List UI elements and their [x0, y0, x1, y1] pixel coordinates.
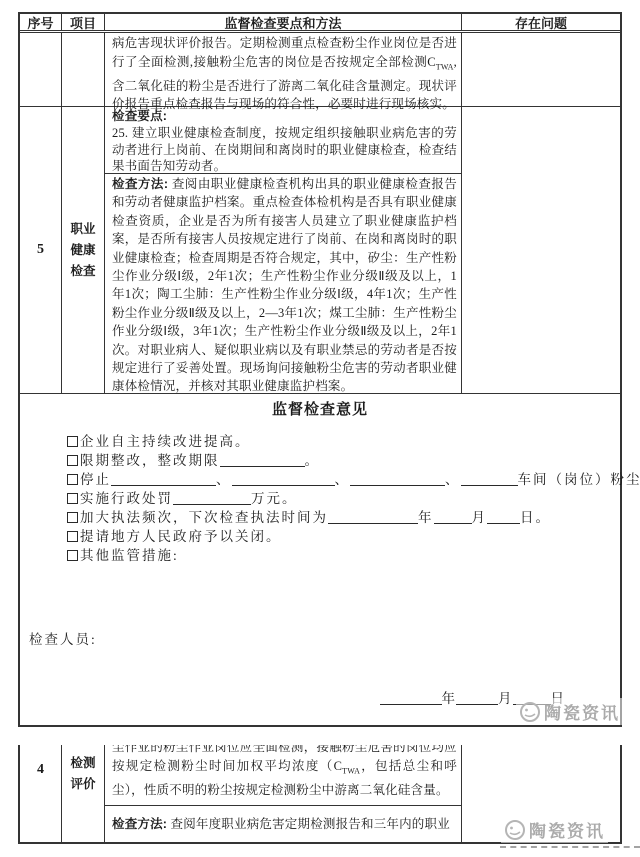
- fill-in-blank: [328, 510, 418, 524]
- checkbox-icon: [67, 436, 78, 447]
- checkbox-icon: [67, 550, 78, 561]
- option-administrative-penalty: 实施行政处罚万元。: [67, 489, 620, 508]
- day-label: 日。: [520, 510, 551, 525]
- serial-cell-empty: [20, 33, 62, 106]
- table-row-continuation: 病危害现状评价报告。定期检测重点检查粉尘作业岗位是否进行了全面检测,接触粉尘危害…: [20, 33, 620, 107]
- serial-number: 5: [20, 107, 62, 393]
- check-method-text: 查阅由职业健康检查机构出具的职业健康检查报告和劳动者健康监护档案。重点检查体检机…: [112, 177, 457, 393]
- option-label: 企业自主持续改进提高。: [80, 434, 251, 449]
- ctwa-subscript: TWA: [436, 62, 454, 71]
- header-col-problems: 存在问题: [462, 14, 620, 30]
- problems-cell-empty: [462, 107, 620, 393]
- watermark-logo-icon: [504, 819, 526, 841]
- check-method-label: 检查方法:: [112, 817, 167, 831]
- fill-in-blank: [173, 491, 251, 505]
- option-self-improvement: 企业自主持续改进提高。: [67, 432, 620, 451]
- fill-in-blank: [461, 472, 518, 486]
- option-label: 其他监管措施:: [80, 548, 179, 563]
- continuation-text-part1: 病危害现状评价报告。定期检测重点检查粉尘作业岗位是否进行了全面检测,接触粉尘危害…: [112, 36, 457, 69]
- fill-in-blank: [434, 510, 472, 524]
- item-line-3: 检查: [70, 261, 95, 282]
- option-label: 停止: [80, 472, 111, 487]
- clipped-points-block: 尘作业的粉尘作业岗位应全面检测，接触粉尘危害的岗位均应按规定检测粉尘时间加权平均…: [105, 745, 461, 806]
- option-request-closure: 提请地方人民政府予以关闭。: [67, 527, 620, 546]
- option-other-measures: 其他监管措施:: [67, 546, 620, 565]
- watermark-text: 陶瓷资讯: [529, 817, 605, 842]
- ctwa-symbol: C: [427, 55, 436, 69]
- watermark-taoci-zixun: 陶瓷资讯: [501, 816, 608, 843]
- header-col-item: 项目: [62, 14, 105, 30]
- opinion-checkbox-list: 企业自主持续改进提高。 限期整改，整改期限。 停止、、、车间（岗位）粉尘作业。 …: [67, 432, 620, 565]
- checkbox-icon: [67, 455, 78, 466]
- points-and-method-cell: 尘作业的粉尘作业岗位应全面检测，接触粉尘危害的岗位均应按规定检测粉尘时间加权平均…: [105, 745, 462, 842]
- separator: 、: [445, 472, 461, 487]
- table-header-row: 序号 项目 监督检查要点和方法 存在问题: [20, 14, 620, 33]
- fill-in-blank: [220, 453, 305, 467]
- month-label: 月: [472, 510, 488, 525]
- points-and-method-cell: 检查要点: 25. 建立职业健康检查制度，按规定组织接触职业病危害的劳动者进行上…: [105, 107, 462, 393]
- serial-number: 4: [20, 745, 62, 842]
- header-col-serial: 序号: [20, 14, 62, 30]
- fill-in-blank: [380, 691, 442, 705]
- ctwa-subscript: TWA: [342, 767, 360, 776]
- points-continuation-text: 病危害现状评价报告。定期检测重点检查粉尘作业岗位是否进行了全面检测,接触粉尘危害…: [105, 33, 462, 106]
- item-line-1: 职业: [70, 219, 95, 240]
- checkbox-icon: [67, 531, 78, 542]
- item-line-1: 检测: [70, 753, 95, 774]
- separator: 、: [335, 472, 351, 487]
- check-method-text: 查阅年度职业病危害定期检测报告和三年内的职业: [171, 817, 450, 831]
- option-deadline-rectification: 限期整改，整改期限。: [67, 451, 620, 470]
- inspector-label: 检查人员:: [29, 628, 97, 648]
- check-method-label: 检查方法:: [112, 177, 168, 191]
- fill-in-blank: [350, 472, 445, 486]
- check-method-block: 检查方法: 查阅年度职业病危害定期检测报告和三年内的职业: [105, 806, 461, 842]
- item-name-occupational-health-check: 职业 健康 检查: [62, 107, 105, 393]
- year-label: 年: [442, 691, 457, 706]
- opinion-section: 监督检查意见 企业自主持续改进提高。 限期整改，整改期限。 停止、、、车间（岗位…: [20, 394, 620, 725]
- option-stop-dust-operation: 停止、、、车间（岗位）粉尘作业。: [67, 470, 620, 489]
- fill-in-blank: [487, 510, 520, 524]
- watermark-logo-icon: [519, 701, 541, 723]
- watermark-text: 陶瓷资讯: [544, 699, 620, 724]
- scanned-document-page: 序号 项目 监督检查要点和方法 存在问题 病危害现状评价报告。定期检测重点检查粉…: [0, 0, 640, 857]
- checkbox-icon: [67, 474, 78, 485]
- table-row-5: 5 职业 健康 检查 检查要点: 25. 建立职业健康检查制度，按规定组织接触职…: [20, 107, 620, 394]
- option-label: 限期整改，整改期限: [80, 453, 220, 468]
- check-points-block: 检查要点: 25. 建立职业健康检查制度，按规定组织接触职业病危害的劳动者进行上…: [105, 107, 461, 174]
- year-label: 年: [418, 510, 434, 525]
- check-method-block: 检查方法: 查阅由职业健康检查机构出具的职业健康检查报告和劳动者健康监护档案。重…: [105, 174, 461, 393]
- option-label-suffix: 。: [305, 453, 321, 468]
- check-points-text: 25. 建立职业健康检查制度，按规定组织接触职业病危害的劳动者进行上岗前、在岗期…: [112, 126, 457, 174]
- inspection-table: 序号 项目 监督检查要点和方法 存在问题 病危害现状评价报告。定期检测重点检查粉…: [18, 12, 622, 727]
- fill-in-blank: [111, 472, 216, 486]
- option-label: 加大执法频次，下次检查执法时间为: [80, 510, 328, 525]
- option-increase-enforcement: 加大执法频次，下次检查执法时间为年月日。: [67, 508, 620, 527]
- watermark-taoci-zixun: 陶瓷资讯: [516, 698, 623, 725]
- option-label: 实施行政处罚: [80, 491, 173, 506]
- month-label: 月: [498, 691, 513, 706]
- item-line-2: 评价: [70, 774, 95, 795]
- separator: 、: [216, 472, 232, 487]
- header-col-points: 监督检查要点和方法: [105, 14, 462, 30]
- item-line-2: 健康: [70, 240, 95, 261]
- fill-in-blank: [456, 691, 498, 705]
- problems-cell-empty: [462, 33, 620, 106]
- option-label-suffix: 万元。: [251, 491, 298, 506]
- checkbox-icon: [67, 493, 78, 504]
- checkbox-icon: [67, 512, 78, 523]
- opinion-title: 监督检查意见: [20, 398, 620, 419]
- ctwa-symbol: C: [334, 759, 343, 773]
- item-cell-empty: [62, 33, 105, 106]
- fill-in-blank: [232, 472, 335, 486]
- item-name-detection-evaluation: 检测 评价: [62, 745, 105, 842]
- option-label-suffix: 车间（岗位）粉尘作业。: [518, 472, 640, 487]
- dashed-border-segment: [500, 846, 640, 848]
- check-points-label: 检查要点:: [112, 109, 167, 123]
- option-label: 提请地方人民政府予以关闭。: [80, 529, 282, 544]
